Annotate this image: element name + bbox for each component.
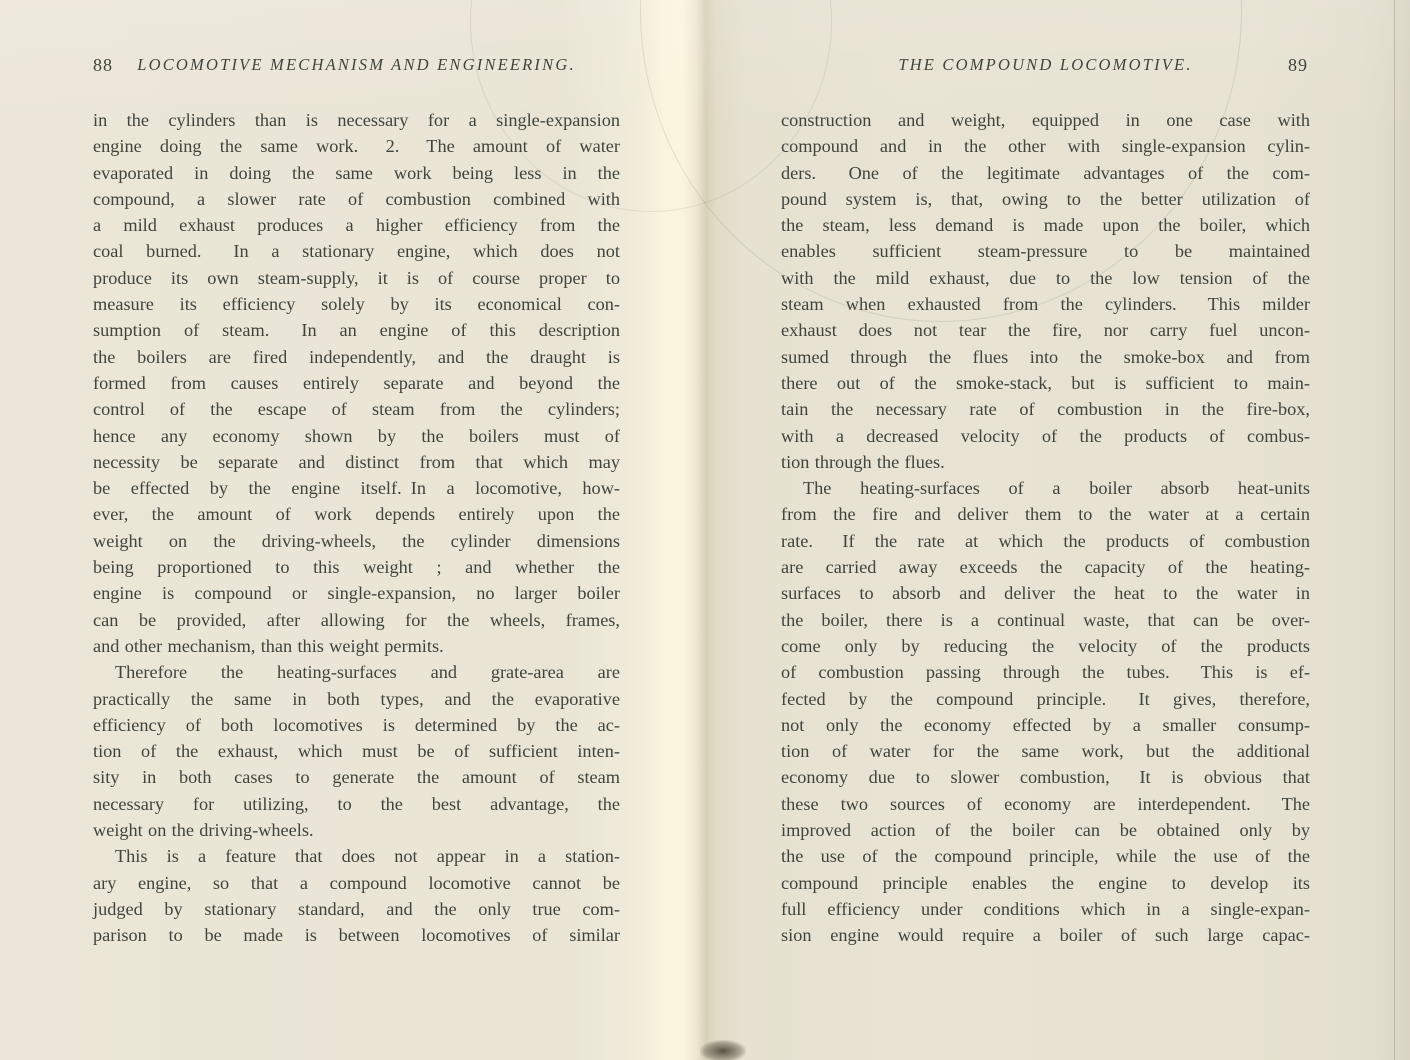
right-page-header: THE COMPOUND LOCOMOTIVE. 89 (781, 55, 1310, 81)
text-line: formed from causes entirely separate and… (93, 370, 620, 396)
text-line: ever, the amount of work depends entirel… (93, 501, 620, 527)
book-spread: 88 LOCOMOTIVE MECHANISM AND ENGINEERING.… (0, 0, 1410, 1060)
text-line: necessity be separate and distinct from … (93, 449, 620, 475)
right-page-number: 89 (1288, 55, 1308, 76)
text-line: rate. If the rate at which the products … (781, 528, 1310, 554)
text-line: not only the economy effected by a small… (781, 712, 1310, 738)
text-line: the use of the compound principle, while… (781, 843, 1310, 869)
page-edge-line (1394, 0, 1395, 1060)
text-line: with a decreased velocity of the product… (781, 423, 1310, 449)
text-line: of combustion passing through the tubes.… (781, 659, 1310, 685)
text-line: control of the escape of steam from the … (93, 396, 620, 422)
text-line: enables sufficient steam-pressure to be … (781, 238, 1310, 264)
text-line: evaporated in doing the same work being … (93, 160, 620, 186)
text-line: ders. One of the legitimate advantages o… (781, 160, 1310, 186)
text-line: economy due to slower combustion, It is … (781, 764, 1310, 790)
text-line: efficiency of both locomotives is determ… (93, 712, 620, 738)
right-page: THE COMPOUND LOCOMOTIVE. 89 construction… (781, 55, 1310, 81)
left-page-header: 88 LOCOMOTIVE MECHANISM AND ENGINEERING. (93, 55, 620, 81)
text-line: from the fire and deliver them to the wa… (781, 501, 1310, 527)
text-line: there out of the smoke-stack, but is suf… (781, 370, 1310, 396)
text-line: parison to be made is between locomotive… (93, 922, 620, 948)
text-line: sumed through the flues into the smoke-b… (781, 344, 1310, 370)
text-line: compound and in the other with single-ex… (781, 133, 1310, 159)
text-line: with the mild exhaust, due to the low te… (781, 265, 1310, 291)
text-line: can be provided, after allowing for the … (93, 607, 620, 633)
text-line: improved action of the boiler can be obt… (781, 817, 1310, 843)
text-line: being proportioned to this weight ; and … (93, 554, 620, 580)
text-line: necessary for utilizing, to the best adv… (93, 791, 620, 817)
text-line: practically the same in both types, and … (93, 686, 620, 712)
text-line: This is a feature that does not appear i… (93, 843, 620, 869)
text-line: steam when exhausted from the cylinders.… (781, 291, 1310, 317)
text-line: ary engine, so that a compound locomotiv… (93, 870, 620, 896)
right-running-title: THE COMPOUND LOCOMOTIVE. (781, 55, 1310, 75)
text-line: the boilers are fired independently, and… (93, 344, 620, 370)
text-line: compound, a slower rate of combustion co… (93, 186, 620, 212)
text-line: sity in both cases to generate the amoun… (93, 764, 620, 790)
text-line: tion through the flues. (781, 449, 1310, 475)
text-line: construction and weight, equipped in one… (781, 107, 1310, 133)
text-line: compound principle enables the engine to… (781, 870, 1310, 896)
right-page-body: construction and weight, equipped in one… (781, 107, 1310, 949)
text-line: exhaust does not tear the fire, nor carr… (781, 317, 1310, 343)
text-line: sion engine would require a boiler of su… (781, 922, 1310, 948)
left-running-title: LOCOMOTIVE MECHANISM AND ENGINEERING. (93, 55, 620, 75)
text-line: tion of water for the same work, but the… (781, 738, 1310, 764)
text-line: the steam, less demand is made upon the … (781, 212, 1310, 238)
text-line: weight on the driving-wheels. (93, 817, 620, 843)
text-line: measure its efficiency solely by its eco… (93, 291, 620, 317)
text-line: The heating-surfaces of a boiler absorb … (781, 475, 1310, 501)
text-line: and other mechanism, than this weight pe… (93, 633, 620, 659)
text-line: Therefore the heating-surfaces and grate… (93, 659, 620, 685)
text-line: are carried away exceeds the capacity of… (781, 554, 1310, 580)
text-line: come only by reducing the velocity of th… (781, 633, 1310, 659)
text-line: engine is compound or single-expansion, … (93, 580, 620, 606)
text-line: produce its own steam-supply, it is of c… (93, 265, 620, 291)
text-line: fected by the compound principle. It giv… (781, 686, 1310, 712)
text-line: in the cylinders than is necessary for a… (93, 107, 620, 133)
binding-shadow-spot (700, 1040, 746, 1060)
text-line: pound system is, that, owing to the bett… (781, 186, 1310, 212)
left-page: 88 LOCOMOTIVE MECHANISM AND ENGINEERING.… (93, 55, 620, 81)
text-line: coal burned. In a stationary engine, whi… (93, 238, 620, 264)
text-line: surfaces to absorb and deliver the heat … (781, 580, 1310, 606)
text-line: engine doing the same work. 2. The amoun… (93, 133, 620, 159)
text-line: these two sources of economy are interde… (781, 791, 1310, 817)
text-line: the boiler, there is a continual waste, … (781, 607, 1310, 633)
text-line: sumption of steam. In an engine of this … (93, 317, 620, 343)
text-line: a mild exhaust produces a higher efficie… (93, 212, 620, 238)
text-line: tion of the exhaust, which must be of su… (93, 738, 620, 764)
text-line: judged by stationary standard, and the o… (93, 896, 620, 922)
left-page-body: in the cylinders than is necessary for a… (93, 107, 620, 949)
text-line: hence any economy shown by the boilers m… (93, 423, 620, 449)
text-line: full efficiency under conditions which i… (781, 896, 1310, 922)
text-line: tain the necessary rate of combustion in… (781, 396, 1310, 422)
text-line: weight on the driving-wheels, the cylind… (93, 528, 620, 554)
text-line: be effected by the engine itself. In a l… (93, 475, 620, 501)
